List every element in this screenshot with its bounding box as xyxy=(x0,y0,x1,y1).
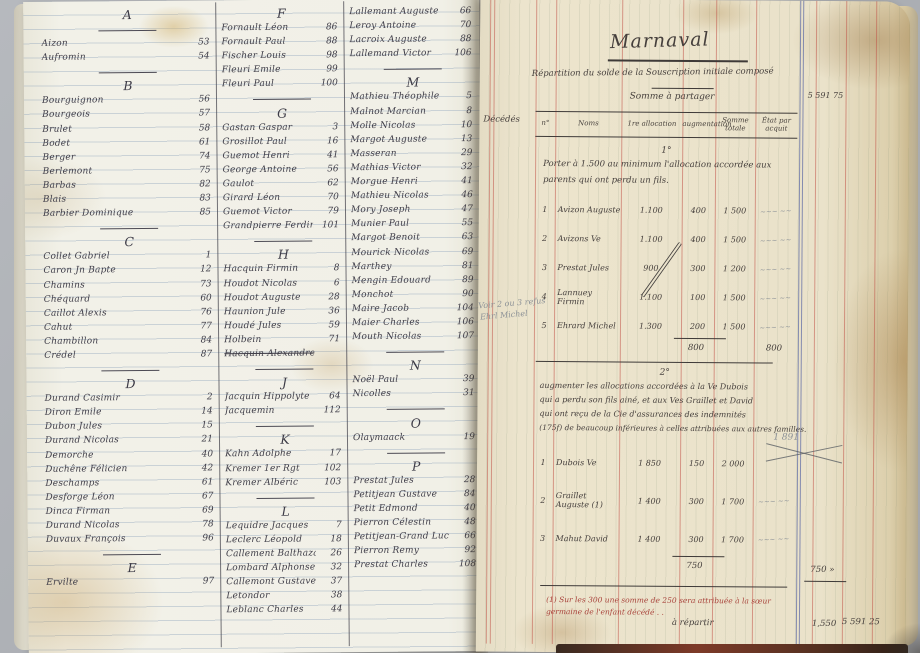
page-title: Marnaval xyxy=(610,28,710,53)
entry-name: Grosillot Paul xyxy=(222,134,312,149)
index-entry-row: Ervilte97 xyxy=(46,575,218,591)
index-entry-row: Monchot90 xyxy=(352,287,478,302)
index-entry-row: Marthey81 xyxy=(351,259,477,274)
augmentation: 300 xyxy=(681,264,714,273)
left-page: AAizon53Aufromin54BBourguignon56Bourgeoi… xyxy=(23,0,485,653)
index-entry-row: Berger74 xyxy=(42,149,214,165)
table-column-header: n° xyxy=(535,119,555,127)
index-entry-row: Grosillot Paul16 xyxy=(222,134,342,149)
index-entry-row: Desforge Léon67 xyxy=(45,489,217,505)
entry-number: 73 xyxy=(186,277,216,291)
entry-number: 74 xyxy=(184,149,214,163)
entry-name: Noël Paul xyxy=(352,373,448,388)
section-divider-rule xyxy=(222,91,342,106)
augmentation: 400 xyxy=(682,235,715,244)
entry-name: Barbier Dominique xyxy=(43,206,185,221)
entry-name: Marthey xyxy=(351,259,447,274)
index-letter-heading: P xyxy=(353,458,479,474)
entry-name: Houdot Nicolas xyxy=(224,276,314,291)
index-entry-row: Durand Casimir2 xyxy=(45,390,217,406)
entry-name: Caron Jn Bapte xyxy=(43,263,185,278)
pencil-scribble: ~~~ ~~ xyxy=(754,264,796,274)
entry-name: Fleuri Paul xyxy=(222,77,312,92)
section1-subtotal-aug: 800 xyxy=(688,343,704,353)
entry-name: Gastan Gaspar xyxy=(222,120,312,135)
row-number: 2 xyxy=(533,495,553,504)
entry-number: 102 xyxy=(315,461,345,475)
section2-note-line: augmenter les allocations accordées à la… xyxy=(540,381,748,391)
entry-name: Leclerc Léopold xyxy=(226,532,316,547)
sum-value: 5 591 75 xyxy=(808,91,844,100)
entry-name: Kahn Adolphe xyxy=(225,447,315,462)
entry-name: Mouth Nicolas xyxy=(352,329,448,344)
index-entry-row: Masseran29 xyxy=(350,146,476,161)
entry-name: Guemot Victor xyxy=(223,205,313,220)
entry-name: Hacquin Alexandre xyxy=(224,346,314,361)
table-column-header: Somme totale xyxy=(715,116,755,132)
entry-number: 12 xyxy=(185,263,215,277)
entry-name: Dubon Jules xyxy=(45,419,187,434)
index-column-2: FFornault Léon86Fornault Paul88Fischer L… xyxy=(221,5,346,617)
index-entry-row: Callemont Gustave37 xyxy=(226,574,346,589)
section-divider-rule xyxy=(225,418,345,433)
total-sum: 1 500 xyxy=(714,322,754,331)
index-entry-row: Lombard Alphonse32 xyxy=(226,560,346,575)
index-entry-row: Durand Nicolas21 xyxy=(45,433,217,449)
entry-name: Mourick Nicolas xyxy=(351,245,447,260)
index-entry-row: Haunion Jule36 xyxy=(224,304,344,319)
index-entry-row: Chamins73 xyxy=(44,277,216,293)
entry-name: Dinca Firman xyxy=(46,503,188,518)
entry-number: 101 xyxy=(313,218,343,232)
beneficiary-name: Graillet Auguste (1) xyxy=(553,491,619,509)
index-entry-row: Morgue Henri41 xyxy=(351,174,477,189)
entry-name: Maire Jacob xyxy=(352,301,448,316)
beneficiary-name: Lannuey Firmin xyxy=(554,288,620,306)
entry-number: 100 xyxy=(312,77,342,91)
allocation-row: 3Mahut David1 4003001 700~~~ ~~ xyxy=(532,519,794,559)
section1-subtotal-right: 800 xyxy=(766,344,782,354)
index-entry-row: Letondor38 xyxy=(226,588,346,603)
entry-number: 1 xyxy=(185,249,215,263)
index-entry-row: Grandpierre Ferdinand101 xyxy=(223,218,343,233)
beneficiary-name: Avizons Ve xyxy=(555,234,621,243)
entry-name: Chamins xyxy=(44,277,186,292)
entry-name: Margot Benoit xyxy=(351,231,447,246)
entry-name: Prestat Charles xyxy=(354,558,450,573)
table-header-top-line xyxy=(535,111,797,114)
index-letter-heading: E xyxy=(46,560,218,577)
entry-name: Malnot Marcian xyxy=(350,104,446,119)
entry-number: 84 xyxy=(186,333,216,347)
entry-name: Lequidre Jacques xyxy=(226,518,316,533)
index-entry-row: Leroy Antoine70 xyxy=(349,18,475,33)
title-underline xyxy=(608,59,748,62)
augmentation: 200 xyxy=(681,322,714,331)
index-entry-row: Fleuri Paul100 xyxy=(222,77,342,92)
augmentation: 100 xyxy=(681,293,714,302)
entry-number: 59 xyxy=(314,318,344,332)
beneficiary-name: Dubois Ve xyxy=(553,458,619,467)
pencil-margin-note: Ehrl Michel xyxy=(480,309,528,322)
row-number: 2 xyxy=(535,234,555,243)
index-entry-row: Jacquemin112 xyxy=(225,403,345,418)
entry-name: Molle Nicolas xyxy=(350,118,446,133)
index-entry-row: Mengin Edouard89 xyxy=(352,273,478,288)
entry-name: Durand Nicolas xyxy=(46,518,188,533)
index-entry-row: Fleuri Emile99 xyxy=(222,63,342,78)
entry-name: Deschamps xyxy=(45,475,187,490)
augmentation: 400 xyxy=(682,206,715,215)
entry-number: 77 xyxy=(186,319,216,333)
entry-number: 32 xyxy=(316,560,346,574)
entry-number: 38 xyxy=(316,588,346,602)
book-cover-edge xyxy=(556,644,908,653)
row-number: 3 xyxy=(532,533,552,542)
entry-number: 96 xyxy=(188,531,218,545)
section-divider-rule xyxy=(43,220,215,236)
entry-number: 61 xyxy=(184,135,214,149)
index-entry-row: Mathieu Théophile5 xyxy=(350,90,476,105)
section-divider-rule xyxy=(41,21,213,37)
entry-number: 70 xyxy=(313,190,343,204)
entry-name: Kremer Albéric xyxy=(225,475,315,490)
index-entry-row: Holbein71 xyxy=(224,332,344,347)
total-sum: 1 700 xyxy=(713,497,753,506)
entry-number: 16 xyxy=(312,134,342,148)
entry-name: Callemont Gustave xyxy=(226,575,316,590)
entry-number: 36 xyxy=(314,304,344,318)
index-entry-row: Kremer Albéric103 xyxy=(225,475,345,490)
entry-name: Fornault Paul xyxy=(221,35,311,50)
total-sum: 1 700 xyxy=(712,535,752,544)
entry-name: Mengin Edouard xyxy=(352,273,448,288)
table-header-bottom-line xyxy=(535,136,797,139)
index-column-3: Lallemant Auguste66Leroy Antoine70Lacroi… xyxy=(349,4,480,572)
index-entry-row: Hacquin Firmin8 xyxy=(223,262,343,277)
entry-name: Barbas xyxy=(43,178,185,193)
entry-name: Munier Paul xyxy=(351,217,447,232)
index-entry-row: Aizon53 xyxy=(41,35,213,51)
margin-label-deceased: Décédés xyxy=(483,115,520,125)
subtitle-rule xyxy=(652,88,714,89)
entry-number: 112 xyxy=(315,403,345,417)
cash-rule-line xyxy=(804,581,846,582)
entry-name: Lacroix Auguste xyxy=(349,33,445,48)
index-entry-row: Gaulot62 xyxy=(223,176,343,191)
section2-note-line: (175f) de beaucoup inférieures à celles … xyxy=(539,423,806,434)
augmentation: 150 xyxy=(680,458,713,467)
row-number: 5 xyxy=(534,321,554,330)
index-entry-row: Nicolles31 xyxy=(353,386,479,401)
entry-name: Bodet xyxy=(42,135,184,150)
entry-name: Margot Auguste xyxy=(350,132,446,147)
section2-subtotal-aug: 750 xyxy=(686,561,702,571)
pencil-scribble xyxy=(753,463,795,465)
entry-name: Lallemand Victor xyxy=(350,47,446,62)
entry-name: Callement Balthazar xyxy=(226,546,316,561)
allocation-row: 2Avizons Ve1.1004001 500~~~ ~~ xyxy=(535,224,797,255)
index-entry-row: Hacquin Alexandre xyxy=(224,346,344,361)
index-entry-row: Kremer 1er Rgt102 xyxy=(225,461,345,476)
entry-name: Guemot Henri xyxy=(222,148,312,163)
section1-rows: 1Avizon Auguste1.1004001 500~~~ ~~2Avizo… xyxy=(534,195,797,342)
index-entry-row: Berlemont75 xyxy=(43,163,215,179)
section-divider-line xyxy=(536,361,773,364)
entry-number: 64 xyxy=(315,389,345,403)
entry-number: 78 xyxy=(188,517,218,531)
section2-note-line: qui ont reçu de la Cie d'assurances des … xyxy=(539,409,746,419)
index-entry-row: Petit Edmond40 xyxy=(354,501,480,516)
index-entry-row: Malnot Marcian8 xyxy=(350,104,476,119)
index-entry-row: Molle Nicolas10 xyxy=(350,118,476,133)
row-number: 3 xyxy=(534,263,554,272)
entry-number: 28 xyxy=(314,290,344,304)
allocation-row: 5Ehrard Michel1.3002001 500~~~ ~~ xyxy=(534,311,796,342)
first-allocation: 1.300 xyxy=(620,321,681,330)
index-entry-row: Deschamps61 xyxy=(45,475,217,491)
pencil-scribble: ~~~ ~~ xyxy=(754,235,796,245)
index-entry-row: George Antoine56 xyxy=(223,162,343,177)
section1-note-line: Porter à 1.500 au minimum l'allocation a… xyxy=(543,159,771,171)
pencil-scribble: ~~~ ~~ xyxy=(753,497,795,507)
photo-background: AAizon53Aufromin54BBourguignon56Bourgeoi… xyxy=(0,0,920,653)
first-allocation: 1.100 xyxy=(620,292,681,301)
index-entry-row: Kahn Adolphe17 xyxy=(225,447,345,462)
index-entry-row: Caillot Alexis76 xyxy=(44,305,216,321)
grand-total: 5 591 25 xyxy=(842,617,880,627)
index-column-1: AAizon53Aufromin54BBourguignon56Bourgeoi… xyxy=(41,6,218,590)
entry-name: Desforge Léon xyxy=(45,489,187,504)
entry-name: Petitjean-Grand Luc xyxy=(354,529,450,544)
index-letter-heading: M xyxy=(350,75,476,91)
allocation-row: 4Lannuey Firmin1.1001001 500~~~ ~~ xyxy=(534,282,796,313)
table-column-header: augmentation xyxy=(682,120,715,128)
entry-number: 53 xyxy=(183,35,213,49)
entry-name: Olaymaack xyxy=(353,430,449,445)
pencil-scribble: ~~~ ~~ xyxy=(755,206,797,216)
entry-number: 61 xyxy=(187,475,217,489)
section-divider-rule xyxy=(42,64,214,80)
index-letter-heading: N xyxy=(352,357,478,373)
entry-number: 21 xyxy=(187,433,217,447)
index-letter-heading: J xyxy=(224,374,344,390)
entry-name: Durand Nicolas xyxy=(45,433,187,448)
first-allocation: 900 xyxy=(620,263,681,272)
entry-name: Nicolles xyxy=(353,387,449,402)
index-entry-row: Olaymaack19 xyxy=(353,430,479,445)
index-entry-row: Duvaux François96 xyxy=(46,531,218,547)
index-letter-heading: H xyxy=(223,247,343,263)
entry-number: 18 xyxy=(316,532,346,546)
index-entry-row: Maier Charles106 xyxy=(352,315,478,330)
section2-rows: 1Dubois Ve1 8501502 0002Graillet Auguste… xyxy=(532,443,795,559)
index-entry-row: Aufromin54 xyxy=(42,50,214,66)
row-number: 1 xyxy=(533,457,553,466)
index-entry-row: Bodet61 xyxy=(42,135,214,151)
entry-name: Mathias Victor xyxy=(351,160,447,175)
entry-name: Girard Léon xyxy=(223,191,313,206)
index-entry-row: Dinca Firman69 xyxy=(46,503,218,519)
entry-name: Crédel xyxy=(44,348,186,363)
index-entry-row: Mouth Nicolas107 xyxy=(352,329,478,344)
index-entry-row: Leblanc Charles44 xyxy=(226,603,346,618)
entry-number: 98 xyxy=(312,48,342,62)
beneficiary-name: Prestat Jules xyxy=(554,263,620,272)
entry-number: 6 xyxy=(314,276,344,290)
entry-name: Berlemont xyxy=(43,163,185,178)
entry-number: 83 xyxy=(185,191,215,205)
cash-rule xyxy=(872,1,878,646)
entry-number: 40 xyxy=(187,447,217,461)
index-entry-row: Fornault Paul88 xyxy=(221,34,341,49)
index-letter-heading: F xyxy=(221,5,341,21)
entry-name: Fornault Léon xyxy=(221,20,311,35)
entry-name: Pierron Remy xyxy=(354,543,450,558)
entry-name: Durand Casimir xyxy=(45,391,187,406)
index-entry-row: Houdot Nicolas6 xyxy=(224,276,344,291)
entry-number: 54 xyxy=(184,50,214,64)
section-divider-rule xyxy=(223,233,343,248)
page-subtitle: Répartition du solde de la Souscription … xyxy=(532,66,774,79)
entry-name: Fischer Louis xyxy=(222,49,312,64)
entry-name: George Antoine xyxy=(223,162,313,177)
index-entry-row: Callement Balthazar26 xyxy=(226,546,346,561)
entry-name: Aufromin xyxy=(42,50,184,65)
entry-number: 76 xyxy=(186,305,216,319)
pencil-scribble: ~~~ ~~ xyxy=(752,535,794,545)
entry-name: Monchot xyxy=(352,287,448,302)
index-entry-row: Margot Auguste13 xyxy=(350,132,476,147)
index-entry-row: Mory Joseph47 xyxy=(351,202,477,217)
entry-number: 41 xyxy=(312,148,342,162)
entry-name: Maier Charles xyxy=(352,315,448,330)
first-allocation: 1 400 xyxy=(618,534,679,543)
repartir-value: 1,550 xyxy=(812,619,836,629)
entry-name: Lallemant Auguste xyxy=(349,4,445,19)
entry-name: Duvaux François xyxy=(46,532,188,547)
entry-number: 56 xyxy=(313,162,343,176)
section-divider-rule xyxy=(353,444,479,459)
index-entry-row: Crédel87 xyxy=(44,347,216,363)
entry-number: 60 xyxy=(186,291,216,305)
index-entry-row: Munier Paul55 xyxy=(351,216,477,231)
entry-number: 7 xyxy=(316,518,346,532)
index-entry-row: Mathieu Nicolas46 xyxy=(351,188,477,203)
index-entry-row: Houdot Auguste28 xyxy=(224,290,344,305)
entry-name: Mathieu Théophile xyxy=(350,90,446,105)
entry-number: 75 xyxy=(185,163,215,177)
entry-number: 103 xyxy=(315,475,345,489)
entry-name: Haunion Jule xyxy=(224,304,314,319)
index-entry-row: Fischer Louis98 xyxy=(222,48,342,63)
entry-number: 99 xyxy=(312,63,342,77)
beneficiary-name: Avizon Auguste xyxy=(555,205,621,214)
entry-name: Leblanc Charles xyxy=(226,603,316,618)
index-entry-row: Lallemant Auguste66 xyxy=(349,4,475,19)
index-entry-row: Guemot Henri41 xyxy=(222,148,342,163)
entry-name: Bourguignon xyxy=(42,93,184,108)
index-entry-row: Leclerc Léopold18 xyxy=(226,532,346,547)
entry-name: Kremer 1er Rgt xyxy=(225,461,315,476)
entry-name: Berger xyxy=(42,149,184,164)
index-letter-heading: K xyxy=(225,432,345,448)
entry-number: 42 xyxy=(187,461,217,475)
index-entry-row: Lacroix Auguste88 xyxy=(349,32,475,47)
entry-number: 69 xyxy=(188,503,218,517)
index-entry-row: Collet Gabriel1 xyxy=(43,249,215,265)
entry-name: Chéquard xyxy=(44,291,186,306)
entry-number: 8 xyxy=(313,262,343,276)
table-column-header: État par acquit xyxy=(755,116,797,132)
index-entry-row: Blais83 xyxy=(43,191,215,207)
section-divider-rule xyxy=(224,360,344,375)
beneficiary-name: Mahut David xyxy=(552,534,618,543)
entry-name: Ervilte xyxy=(46,575,188,590)
entry-name: Caillot Alexis xyxy=(44,305,186,320)
index-entry-row: Lallemand Victor106 xyxy=(350,46,476,61)
index-entry-row: Prestat Jules28 xyxy=(353,473,479,488)
entry-name: Houdot Auguste xyxy=(224,290,314,305)
section-divider-rule xyxy=(353,400,479,415)
entry-name: Jacquin Hippolyte xyxy=(225,390,315,405)
index-entry-row: Bourguignon56 xyxy=(42,93,214,109)
index-entry-row: Demorche40 xyxy=(45,447,217,463)
index-entry-row: Diron Emile14 xyxy=(45,405,217,421)
entry-number: 67 xyxy=(187,489,217,503)
entry-name: Demorche xyxy=(45,447,187,462)
total-sum: 1 500 xyxy=(714,293,754,302)
allocation-row: 2Graillet Auguste (1)1 4003001 700~~~ ~~ xyxy=(533,481,795,521)
entry-number: 26 xyxy=(316,546,346,560)
entry-name: Bourgeois xyxy=(42,107,184,122)
entry-name: Cahut xyxy=(44,319,186,334)
index-entry-row: Bourgeois57 xyxy=(42,107,214,123)
repartir-label: à répartir xyxy=(672,618,714,628)
entry-number: 88 xyxy=(311,34,341,48)
entry-number xyxy=(314,346,344,360)
index-letter-heading: O xyxy=(353,415,479,431)
entry-name: Pierron Célestin xyxy=(354,515,450,530)
index-entry-row: Caron Jn Bapte12 xyxy=(43,263,215,279)
entry-number: 44 xyxy=(316,603,346,617)
index-entry-row: Jacquin Hippolyte64 xyxy=(225,389,345,404)
entry-number: 56 xyxy=(184,93,214,107)
section-divider-rule xyxy=(44,361,216,377)
footnote-line: (1) Sur les 300 une somme de 250 sera at… xyxy=(546,595,771,606)
index-entry-row: Gastan Gaspar3 xyxy=(222,120,342,135)
entry-name: Diron Emile xyxy=(45,405,187,420)
entry-name: Fleuri Emile xyxy=(222,63,312,78)
table-header-row: n°Noms1re allocationaugmentationSomme to… xyxy=(535,115,797,133)
entry-number: 62 xyxy=(313,176,343,190)
first-allocation: 1.100 xyxy=(621,234,682,243)
table-column-header: Noms xyxy=(555,119,621,127)
index-entry-row: Barbas82 xyxy=(43,177,215,193)
entry-number: 14 xyxy=(187,405,217,419)
entry-number: 2 xyxy=(187,390,217,404)
entry-number: 57 xyxy=(184,107,214,121)
index-entry-row: Chambillon84 xyxy=(44,333,216,349)
section-divider-rule xyxy=(225,489,345,504)
index-entry-row: Houdé Jules59 xyxy=(224,318,344,333)
entry-name: Mory Joseph xyxy=(351,203,447,218)
entry-number: 17 xyxy=(315,447,345,461)
index-entry-row: Girard Léon70 xyxy=(223,190,343,205)
entry-number: 58 xyxy=(184,121,214,135)
augmentation: 300 xyxy=(679,534,712,543)
index-entry-row: Dubon Jules15 xyxy=(45,419,217,435)
